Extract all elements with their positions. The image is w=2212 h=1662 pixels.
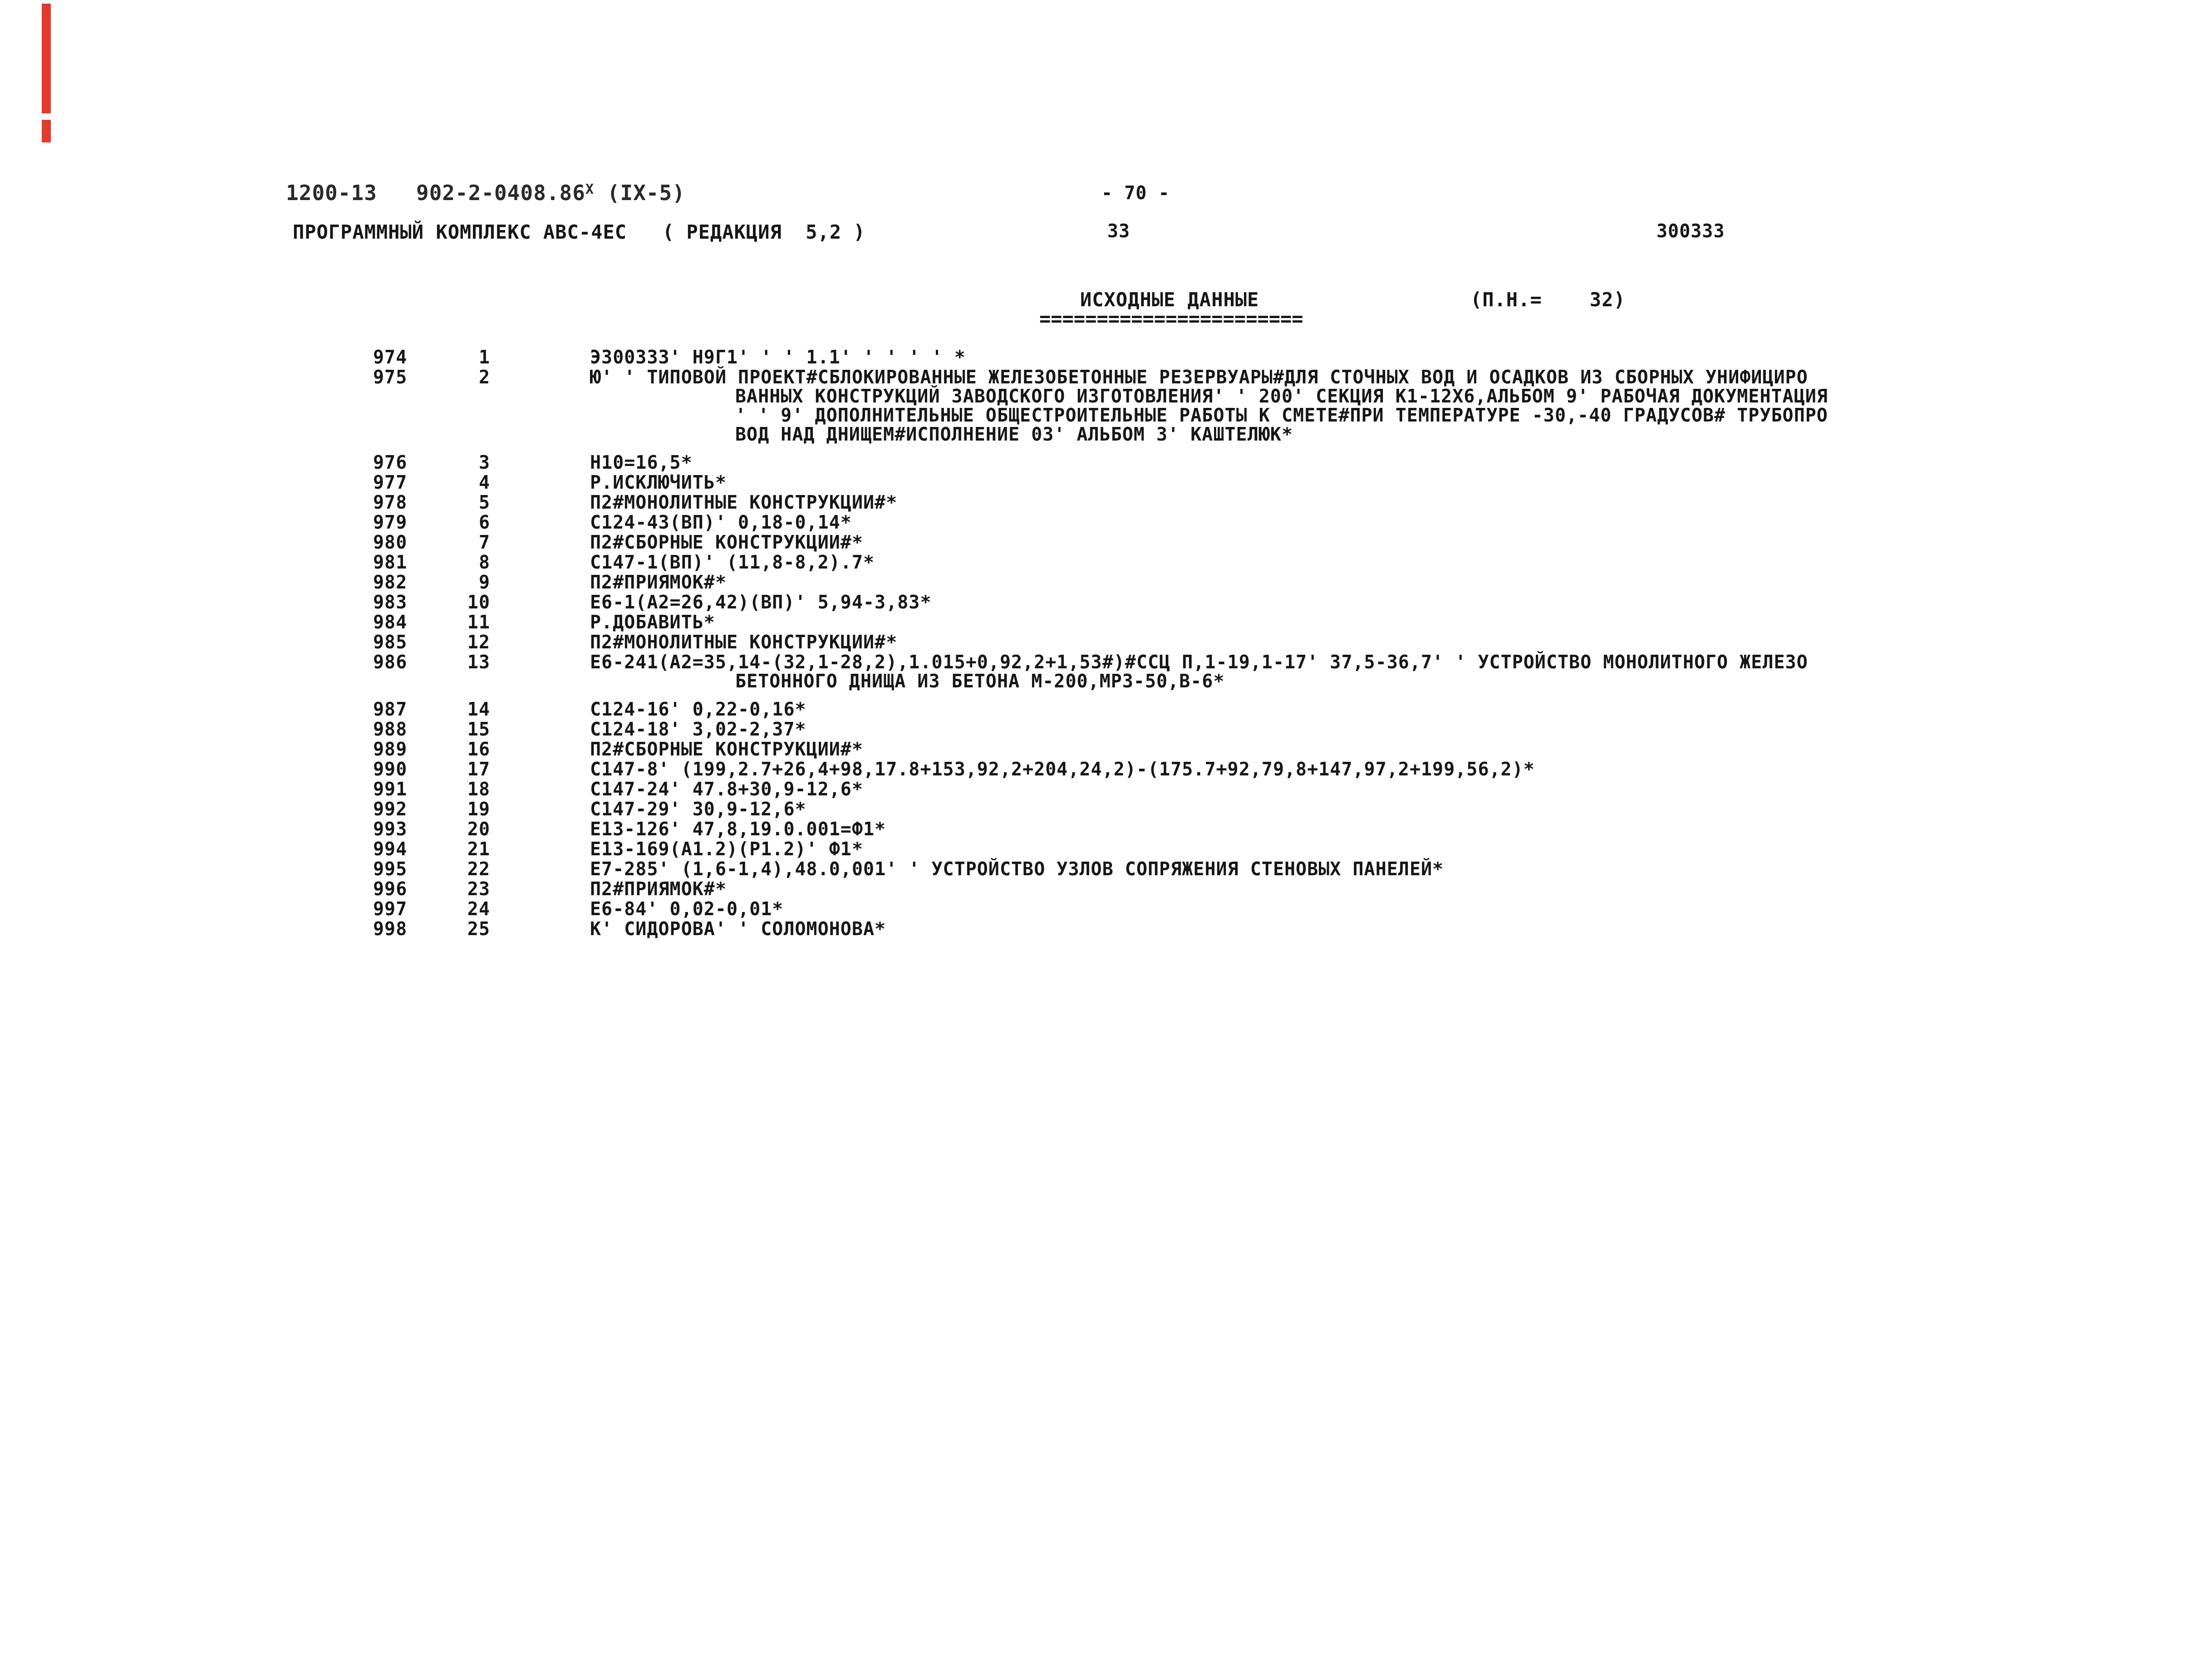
row-content: Е6-84' 0,02-0,01* xyxy=(590,899,783,920)
listing-line: 9796С124-43(ВП)' 0,18-0,14* xyxy=(0,512,2212,531)
row-content: Ю' ' ТИПОВОЙ ПРОЕКТ#СБЛОКИРОВАННЫЕ ЖЕЛЕЗ… xyxy=(590,367,1808,388)
row-number: 975 xyxy=(373,367,407,388)
row-content: Р.ДОБАВИТЬ* xyxy=(590,612,715,633)
scanned-printout-page: 1200-13 902-2-0408.86X (IX-5) - 70 - ПРО… xyxy=(0,0,2212,1662)
line-number: 6 xyxy=(431,512,490,533)
listing-line: 99623П2#ПРИЯМОК#* xyxy=(0,879,2212,898)
line-number: 2 xyxy=(431,367,490,388)
row-number: 978 xyxy=(373,492,407,513)
row-content: П2#ПРИЯМОК#* xyxy=(590,879,727,900)
line-number: 17 xyxy=(431,759,490,780)
row-content: С147-8' (199,2.7+26,4+98,17.8+153,92,2+2… xyxy=(590,759,1535,780)
row-number: 977 xyxy=(373,472,407,493)
listing-line: 99118С147-24' 47.8+30,9-12,6* xyxy=(0,779,2212,798)
row-content: Н10=16,5* xyxy=(590,452,693,473)
row-number: 984 xyxy=(373,612,407,633)
line-number: 7 xyxy=(431,532,490,553)
row-number: 995 xyxy=(373,859,407,880)
row-content: С147-1(ВП)' (11,8-8,2).7* xyxy=(590,552,875,573)
line-number: 12 xyxy=(431,632,490,653)
row-number: 987 xyxy=(373,699,407,720)
listing-line: 9741Э300333' Н9Г1' ' ' 1.1' ' ' ' ' * xyxy=(0,347,2212,366)
row-number: 982 xyxy=(373,572,407,593)
row-content: Э300333' Н9Г1' ' ' 1.1' ' ' ' ' * xyxy=(590,347,966,368)
row-number: 974 xyxy=(373,347,407,368)
row-number: 994 xyxy=(373,839,407,860)
row-content: С124-18' 3,02-2,37* xyxy=(590,719,806,740)
row-number: 996 xyxy=(373,879,407,900)
row-number: 980 xyxy=(373,532,407,553)
row-content-continuation: ВАННЫХ КОНСТРУКЦИЙ ЗАВОДСКОГО ИЗГОТОВЛЕН… xyxy=(735,386,1828,407)
listing-line: 98815С124-18' 3,02-2,37* xyxy=(0,719,2212,738)
line-number: 8 xyxy=(431,552,490,573)
row-content-continuation: ВОД НАД ДНИЩЕМ#ИСПОЛНЕНИЕ 03' АЛЬБОМ 3' … xyxy=(735,424,1293,445)
line-number: 21 xyxy=(431,839,490,860)
row-content: Р.ИСКЛЮЧИТЬ* xyxy=(590,472,727,493)
row-number: 998 xyxy=(373,919,407,940)
listing-line: 9807П2#СБОРНЫЕ КОНСТРУКЦИИ#* xyxy=(0,532,2212,551)
row-content: П2#СБОРНЫЕ КОНСТРУКЦИИ#* xyxy=(590,739,863,760)
line-number: 20 xyxy=(431,819,490,840)
row-number: 992 xyxy=(373,799,407,820)
row-number: 991 xyxy=(373,779,407,800)
source-data-listing: 9741Э300333' Н9Г1' ' ' 1.1' ' ' ' ' *975… xyxy=(0,0,2212,1662)
line-number: 24 xyxy=(431,899,490,920)
listing-line: 98613Е6-241(А2=35,14-(32,1-28,2),1.015+0… xyxy=(0,652,2212,671)
listing-line: 9829П2#ПРИЯМОК#* xyxy=(0,572,2212,591)
row-number: 981 xyxy=(373,552,407,573)
row-number: 983 xyxy=(373,592,407,613)
listing-line: 99825К' СИДОРОВА' ' СОЛОМОНОВА* xyxy=(0,919,2212,938)
line-number: 13 xyxy=(431,652,490,673)
listing-line: ' ' 9' ДОПОЛНИТЕЛЬНЫЕ ОБЩЕСТРОИТЕЛЬНЫЕ Р… xyxy=(0,405,2212,424)
listing-line: 9774Р.ИСКЛЮЧИТЬ* xyxy=(0,472,2212,491)
row-number: 989 xyxy=(373,739,407,760)
listing-line: 99320Е13-126' 47,8,19.0.001=Ф1* xyxy=(0,819,2212,838)
listing-line: 99219С147-29' 30,9-12,6* xyxy=(0,799,2212,818)
row-content-continuation: БЕТОННОГО ДНИЩА ИЗ БЕТОНА М-200,МР3-50,В… xyxy=(735,671,1225,692)
row-number: 993 xyxy=(373,819,407,840)
listing-line: ВАННЫХ КОНСТРУКЦИЙ ЗАВОДСКОГО ИЗГОТОВЛЕН… xyxy=(0,386,2212,405)
line-number: 23 xyxy=(431,879,490,900)
line-number: 19 xyxy=(431,799,490,820)
listing-line: 99522Е7-285' (1,6-1,4),48.0,001' ' УСТРО… xyxy=(0,859,2212,878)
row-content: Е7-285' (1,6-1,4),48.0,001' ' УСТРОЙСТВО… xyxy=(590,859,1444,880)
row-content: П2#ПРИЯМОК#* xyxy=(590,572,727,593)
line-number: 15 xyxy=(431,719,490,740)
listing-line: ВОД НАД ДНИЩЕМ#ИСПОЛНЕНИЕ 03' АЛЬБОМ 3' … xyxy=(0,424,2212,443)
row-content: С124-16' 0,22-0,16* xyxy=(590,699,806,720)
row-content: Е13-126' 47,8,19.0.001=Ф1* xyxy=(590,819,886,840)
row-number: 997 xyxy=(373,899,407,920)
listing-line: 98916П2#СБОРНЫЕ КОНСТРУКЦИИ#* xyxy=(0,739,2212,758)
line-number: 1 xyxy=(431,347,490,368)
listing-line: 9818С147-1(ВП)' (11,8-8,2).7* xyxy=(0,552,2212,571)
row-number: 990 xyxy=(373,759,407,780)
listing-line: 98411Р.ДОБАВИТЬ* xyxy=(0,612,2212,631)
row-content: С124-43(ВП)' 0,18-0,14* xyxy=(590,512,852,533)
line-number: 11 xyxy=(431,612,490,633)
listing-line: 9785П2#МОНОЛИТНЫЕ КОНСТРУКЦИИ#* xyxy=(0,492,2212,511)
row-number: 986 xyxy=(373,652,407,673)
listing-line: 98714С124-16' 0,22-0,16* xyxy=(0,699,2212,718)
row-content: Е6-1(А2=26,42)(ВП)' 5,94-3,83* xyxy=(590,592,931,613)
row-content: П2#МОНОЛИТНЫЕ КОНСТРУКЦИИ#* xyxy=(590,632,897,653)
line-number: 22 xyxy=(431,859,490,880)
row-content: К' СИДОРОВА' ' СОЛОМОНОВА* xyxy=(590,919,886,940)
line-number: 9 xyxy=(431,572,490,593)
listing-line: 99017С147-8' (199,2.7+26,4+98,17.8+153,9… xyxy=(0,759,2212,778)
row-number: 985 xyxy=(373,632,407,653)
line-number: 14 xyxy=(431,699,490,720)
row-content: Е13-169(А1.2)(Р1.2)' Ф1* xyxy=(590,839,863,860)
line-number: 10 xyxy=(431,592,490,613)
listing-line: 98512П2#МОНОЛИТНЫЕ КОНСТРУКЦИИ#* xyxy=(0,632,2212,651)
row-content: П2#СБОРНЫЕ КОНСТРУКЦИИ#* xyxy=(590,532,863,553)
listing-line: 99724Е6-84' 0,02-0,01* xyxy=(0,899,2212,918)
line-number: 25 xyxy=(431,919,490,940)
line-number: 16 xyxy=(431,739,490,760)
listing-line: 99421Е13-169(А1.2)(Р1.2)' Ф1* xyxy=(0,839,2212,858)
row-number: 979 xyxy=(373,512,407,533)
listing-line: 98310Е6-1(А2=26,42)(ВП)' 5,94-3,83* xyxy=(0,592,2212,611)
line-number: 18 xyxy=(431,779,490,800)
row-number: 988 xyxy=(373,719,407,740)
row-content: С147-29' 30,9-12,6* xyxy=(590,799,806,820)
line-number: 3 xyxy=(431,452,490,473)
listing-line: БЕТОННОГО ДНИЩА ИЗ БЕТОНА М-200,МР3-50,В… xyxy=(0,671,2212,690)
row-content: Е6-241(А2=35,14-(32,1-28,2),1.015+0,92,2… xyxy=(590,652,1808,673)
listing-line: 9763Н10=16,5* xyxy=(0,452,2212,471)
row-content-continuation: ' ' 9' ДОПОЛНИТЕЛЬНЫЕ ОБЩЕСТРОИТЕЛЬНЫЕ Р… xyxy=(735,405,1828,426)
row-content: П2#МОНОЛИТНЫЕ КОНСТРУКЦИИ#* xyxy=(590,492,897,513)
row-content: С147-24' 47.8+30,9-12,6* xyxy=(590,779,863,800)
listing-line: 9752Ю' ' ТИПОВОЙ ПРОЕКТ#СБЛОКИРОВАННЫЕ Ж… xyxy=(0,367,2212,386)
line-number: 5 xyxy=(431,492,490,513)
row-number: 976 xyxy=(373,452,407,473)
line-number: 4 xyxy=(431,472,490,493)
